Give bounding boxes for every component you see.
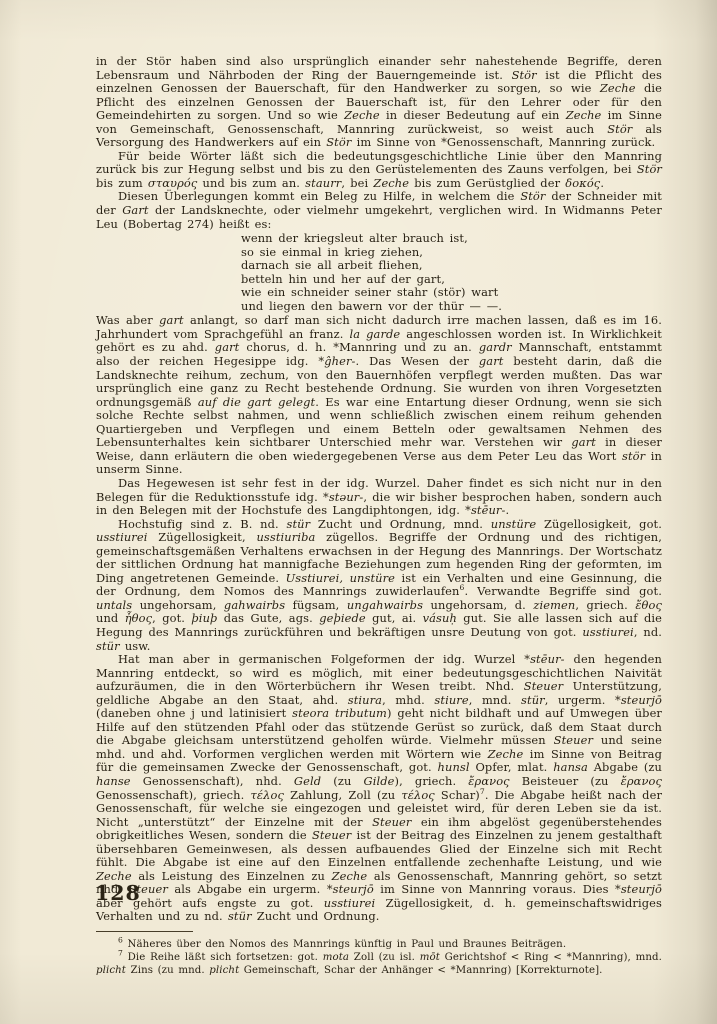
italic-term: Usstiurei, unstüre	[286, 571, 395, 585]
text-run: Hat man aber in germanischen Folgeformen…	[118, 652, 524, 666]
text-run: bis zum Gerüstglied der	[409, 176, 565, 190]
italic-term: mota	[323, 952, 349, 963]
verse-line: so sie einmal in krieg ziehen,	[241, 246, 662, 260]
text-run: usw.	[120, 639, 151, 653]
italic-term: ἦθος	[125, 611, 152, 625]
text-run: im Sinne von *Genossenschaft, Mannring z…	[351, 135, 655, 149]
text-run: Zucht und Ordnung.	[252, 909, 380, 923]
text-run: Genossenschaft), nhd.	[131, 774, 294, 788]
text-run: Zucht und Ordnung, mnd.	[310, 517, 491, 531]
text-run: und	[96, 611, 125, 625]
italic-term: untals	[96, 598, 132, 612]
italic-term: unstüre	[491, 517, 536, 531]
italic-term: gart	[215, 340, 240, 354]
text-run: .	[505, 503, 509, 517]
italic-term: ἔθος	[635, 598, 662, 612]
italic-term: *stəur-	[323, 490, 363, 504]
italic-term: plicht	[209, 965, 239, 976]
italic-term: *ĝher-	[318, 354, 355, 368]
verse-line: darnach sie all arbeit fliehen,	[241, 259, 662, 273]
text-run: ungehorsam,	[132, 598, 224, 612]
text-run: Zügellosigkeit,	[148, 530, 257, 544]
italic-term: *steurjō	[615, 693, 662, 707]
text-run: chorus, d. h. *Mannring und zu an.	[239, 340, 478, 354]
text-run: , mhd.	[382, 693, 434, 707]
text-run: Zoll (zu isl.	[349, 952, 420, 963]
italic-term: *steurjō	[615, 882, 662, 896]
text-run: als Abgabe ein urgerm.	[168, 882, 327, 896]
text-run: Schar)	[435, 788, 480, 802]
scanned-book-page: { "page": { "number": "128", "background…	[0, 0, 717, 1024]
verse-line: betteln hin und her auf der gart,	[241, 273, 662, 287]
text-run: Gemeinschaft, Schar der Anhänger < *Mann…	[239, 965, 602, 976]
paragraph: Für beide Wörter läßt sich die bedeutung…	[96, 150, 662, 191]
paragraph: in der Stör haben sind also ursprünglich…	[96, 55, 662, 150]
text-run: Zahlung, Zoll (zu	[284, 788, 401, 802]
italic-term: þiuþ	[191, 611, 217, 625]
italic-term: stör	[622, 449, 645, 463]
italic-term: staurr	[305, 176, 341, 190]
text-run: , nd.	[634, 625, 662, 639]
italic-term: Zeche	[344, 108, 380, 122]
verse-line: wenn der kriegsleut alter brauch ist,	[241, 232, 662, 246]
text-run: Beisteuer (zu	[510, 774, 621, 788]
text-run: (daneben ohne j und latinisiert	[96, 706, 292, 720]
text-run: Die Reihe läßt sich fortsetzen: got.	[123, 952, 323, 963]
italic-term: stiura	[348, 693, 382, 707]
text-run: Gerichtshof < Ring < *Mannring), mnd.	[440, 952, 662, 963]
text-run: im Sinne von Mannring voraus. Dies	[374, 882, 615, 896]
text-run: und bis zum an.	[197, 176, 305, 190]
italic-term: Stör	[520, 189, 545, 203]
paragraph: Hat man aber in germanischen Folgeformen…	[96, 653, 662, 924]
text-run: .	[600, 176, 604, 190]
footnotes-list: 6 Näheres über den Nomos des Mannrings k…	[96, 938, 662, 977]
italic-term: hansa	[553, 760, 588, 774]
italic-term: Steuer	[554, 733, 593, 747]
text-run: Zins (zu mnd.	[126, 965, 209, 976]
body-text: in der Stör haben sind also ursprünglich…	[96, 55, 662, 924]
paragraph: Was aber gart anlangt, so darf man sich …	[96, 314, 662, 477]
italic-term: τέλος	[401, 788, 434, 802]
text-run: , griech.	[575, 598, 635, 612]
italic-term: stür	[287, 517, 311, 531]
text-run: , mnd.	[469, 693, 521, 707]
italic-term: steora tributum	[292, 706, 387, 720]
italic-term: stür	[96, 639, 120, 653]
italic-term: hanse	[96, 774, 131, 788]
italic-term: Stör	[607, 122, 632, 136]
italic-term: geþiede	[319, 611, 366, 625]
italic-term: σταυρός	[148, 176, 197, 190]
italic-term: Zeche	[566, 108, 602, 122]
text-run: fügsam,	[285, 598, 347, 612]
text-run: (zu	[321, 774, 363, 788]
italic-term: usstiurei	[324, 896, 376, 910]
italic-term: Stör	[326, 135, 351, 149]
italic-term: gart	[159, 313, 184, 327]
page-number: 128	[95, 881, 141, 905]
italic-term: ἔρανος	[621, 774, 662, 788]
italic-term: stiure	[434, 693, 468, 707]
italic-term: *steurjō	[327, 882, 374, 896]
text-run: . Verwandte Begriffe sind got.	[464, 584, 662, 598]
text-column: in der Stör haben sind also ursprünglich…	[96, 55, 662, 977]
text-run: , urgerm.	[545, 693, 615, 707]
italic-term: usstiurei	[96, 530, 148, 544]
text-run: in dieser Bedeutung auf ein	[380, 108, 566, 122]
italic-term: Stör	[512, 68, 537, 82]
paragraph: Das Hegewesen ist sehr fest in der idg. …	[96, 477, 662, 518]
paragraph: Diesen Überlegungen kommt ein Beleg zu H…	[96, 190, 662, 231]
italic-term: gardr	[479, 340, 512, 354]
italic-term: mōt	[420, 952, 440, 963]
italic-term: ziemen	[533, 598, 575, 612]
verse-block: wenn der kriegsleut alter brauch ist,so …	[241, 232, 662, 313]
italic-term: usstiurei	[582, 625, 634, 639]
italic-term: δοκός	[565, 176, 600, 190]
text-run: , got.	[152, 611, 191, 625]
text-run: Opfer, mlat.	[470, 760, 554, 774]
italic-term: stür	[228, 909, 252, 923]
italic-term: τέλος	[250, 788, 283, 802]
italic-term: ἔρανος	[468, 774, 509, 788]
footnotes: 6 Näheres über den Nomos des Mannrings k…	[96, 931, 662, 977]
text-run: , bei	[341, 176, 373, 190]
italic-term: gart	[571, 435, 596, 449]
text-run: als Leistung des Einzelnen zu	[132, 869, 332, 883]
text-run: ), griech.	[395, 774, 469, 788]
italic-term: Steuer	[524, 679, 563, 693]
text-run: das Gute, ags.	[217, 611, 319, 625]
text-run: gut, ai.	[366, 611, 423, 625]
paragraph: Hochstufig sind z. B. nd. stür Zucht und…	[96, 518, 662, 653]
italic-term: Gart	[122, 203, 148, 217]
text-run: der Landsknechte, oder vielmehr umgekehr…	[96, 203, 662, 231]
footnote: 6 Näheres über den Nomos des Mannrings k…	[96, 938, 662, 951]
italic-term: auf die gart gelegt	[198, 395, 315, 409]
italic-term: gart	[479, 354, 504, 368]
italic-term: Geld	[294, 774, 321, 788]
text-run: Genossenschaft), griech.	[96, 788, 250, 802]
italic-term: gahwairbs	[224, 598, 285, 612]
italic-term: la garde	[349, 327, 400, 341]
italic-term: vásuḥ	[423, 611, 457, 625]
text-run: Für beide Wörter läßt sich die bedeutung…	[96, 149, 662, 177]
italic-term: hunsl	[438, 760, 470, 774]
italic-term: Steuer	[372, 815, 411, 829]
text-run: Näheres über den Nomos des Mannrings kün…	[123, 939, 566, 950]
italic-term: usstiuriba	[256, 530, 315, 544]
text-run: Abgabe (zu	[588, 760, 662, 774]
text-run: Hochstufig sind z. B. nd.	[118, 517, 287, 531]
text-run: Diesen Überlegungen kommt ein Beleg zu H…	[118, 189, 520, 203]
text-run: bis zum	[96, 176, 148, 190]
italic-term: ungahwairbs	[347, 598, 423, 612]
italic-term: Zeche	[488, 747, 524, 761]
italic-term: stür	[521, 693, 545, 707]
text-run: . Das Wesen der	[355, 354, 478, 368]
italic-term: Stör	[637, 162, 662, 176]
text-run: ungehorsam, d.	[423, 598, 533, 612]
italic-term: plicht	[96, 965, 126, 976]
text-run: Zügellosigkeit, got.	[536, 517, 662, 531]
footnote-divider	[96, 931, 193, 932]
footnote: 7 Die Reihe läßt sich fortsetzen: got. m…	[96, 951, 662, 977]
italic-term: Steuer	[312, 828, 351, 842]
italic-term: Gilde	[363, 774, 394, 788]
italic-term: Zeche	[373, 176, 409, 190]
text-run: Was aber	[96, 313, 159, 327]
italic-term: *stēur-	[524, 652, 564, 666]
italic-term: Zeche	[600, 81, 636, 95]
italic-term: Zeche	[332, 869, 368, 883]
verse-line: und liegen den bawern vor der thür — —.	[241, 300, 662, 314]
verse-line: wie ein schneider seiner stahr (stör) wa…	[241, 286, 662, 300]
italic-term: *stēur-	[465, 503, 505, 517]
